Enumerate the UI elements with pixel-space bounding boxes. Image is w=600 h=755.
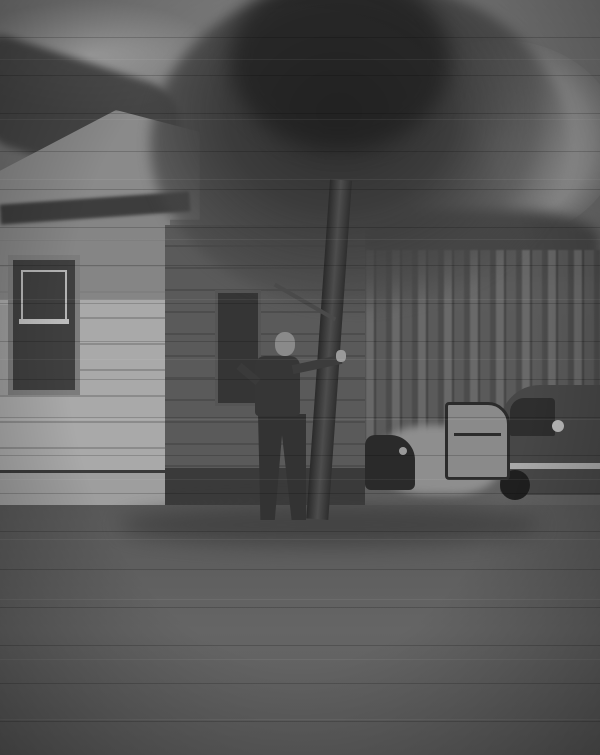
car-open-door bbox=[445, 402, 510, 480]
man-head bbox=[275, 332, 295, 356]
car-headlight bbox=[399, 447, 407, 455]
car-right-window bbox=[510, 398, 555, 436]
photograph bbox=[0, 0, 600, 755]
window-pane bbox=[21, 270, 67, 324]
car-door-window bbox=[454, 411, 501, 436]
car-right-bumper bbox=[505, 463, 600, 469]
ground-shadow bbox=[120, 505, 540, 545]
car-right-headlight bbox=[552, 420, 564, 432]
window-sash bbox=[19, 319, 69, 324]
man-hand bbox=[336, 350, 346, 362]
house-window bbox=[8, 255, 80, 395]
car-left bbox=[365, 435, 415, 490]
